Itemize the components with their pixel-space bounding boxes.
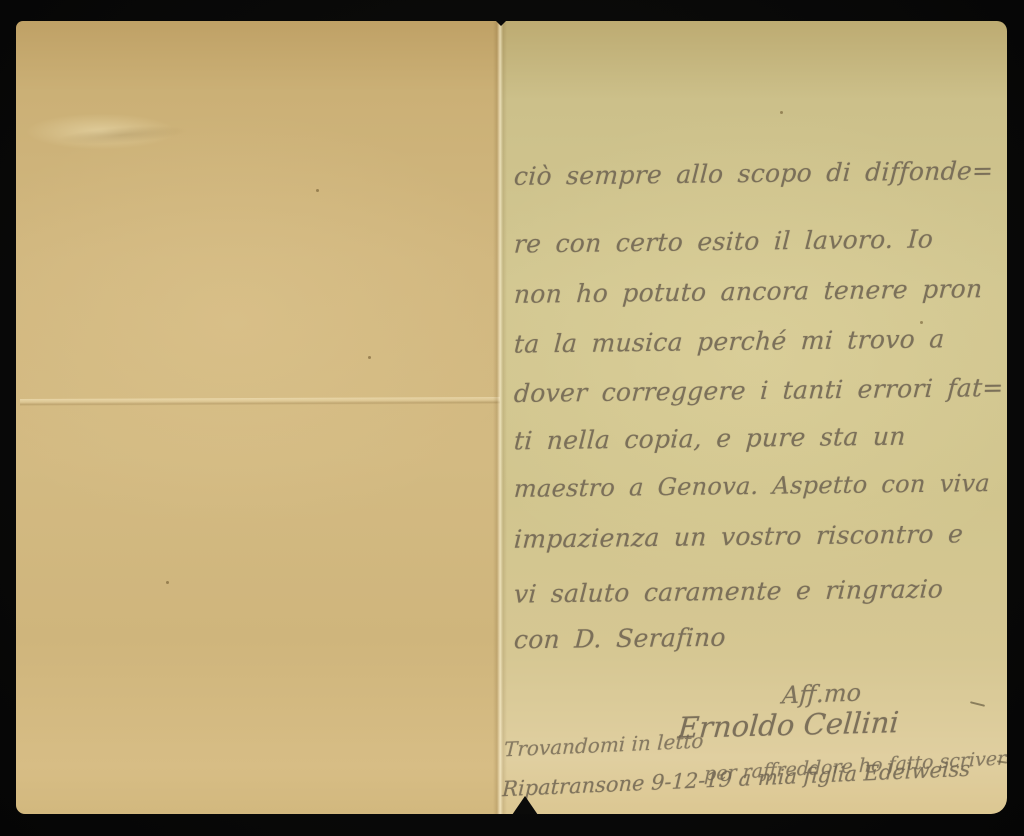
handwriting-line-2: re con certo esito il lavoro. Io bbox=[513, 224, 934, 258]
paper-speck bbox=[780, 111, 783, 114]
handwriting-line-10: con D. Serafino bbox=[513, 623, 726, 655]
horizontal-fold-crease bbox=[20, 397, 500, 406]
center-fold-crease bbox=[493, 21, 507, 814]
paper-speck bbox=[316, 189, 319, 192]
handwriting-line-6: ti nella copia, e pure sta un bbox=[513, 422, 906, 456]
paper-speck bbox=[166, 581, 169, 584]
handwriting-line-5: dover correggere i tanti errori fat= bbox=[513, 373, 1004, 408]
paper-speck bbox=[368, 356, 371, 359]
handwriting-line-7: maestro a Genova. Aspetto con viva bbox=[513, 469, 991, 503]
postscript-line-1: Trovandomi in letto bbox=[504, 729, 704, 762]
pencil-dash-mark bbox=[970, 701, 985, 707]
handwriting-line-1: ciò sempre allo scopo di diffonde= bbox=[513, 156, 994, 191]
handwriting-line-9: vi saluto caramente e ringrazio bbox=[513, 574, 944, 608]
fold-top-dent bbox=[494, 21, 508, 26]
handwriting-line-3: non ho potuto ancora tenere pron bbox=[513, 274, 983, 309]
left-page-blank bbox=[16, 21, 500, 814]
signature-valediction: Aff.mo bbox=[781, 679, 862, 710]
fold-bottom-notch bbox=[512, 796, 538, 814]
handwriting-line-8: impazienza un vostro riscontro e bbox=[513, 519, 964, 554]
handwriting-line-4: ta la musica perché mi trovo a bbox=[513, 324, 945, 358]
right-page-text: ciò sempre allo scopo di diffonde= re co… bbox=[500, 21, 1007, 814]
paper-speck bbox=[920, 321, 923, 324]
letter-sheet: ciò sempre allo scopo di diffonde= re co… bbox=[16, 21, 1007, 814]
scan-background: ciò sempre allo scopo di diffonde= re co… bbox=[0, 0, 1024, 836]
signature-name: Ernoldo Cellini bbox=[677, 705, 900, 745]
